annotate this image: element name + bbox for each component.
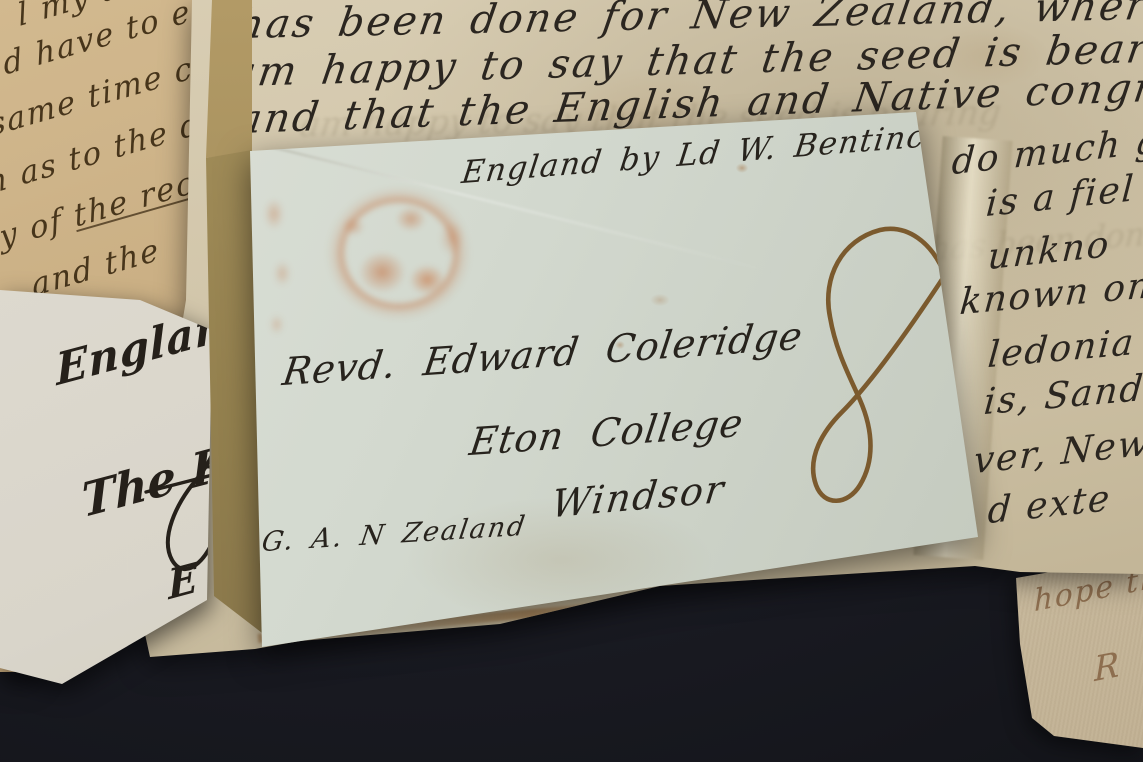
address-line: Eton College	[467, 401, 747, 465]
fragment-line: R	[1094, 645, 1120, 690]
letter-line-fragment: d exte	[987, 478, 1113, 532]
edge-stain	[258, 568, 980, 643]
fragment-shadow: hope th R	[0, 0, 1143, 762]
address-line: Revd. Edward Coleridge	[280, 313, 806, 394]
address-line: Windsor	[549, 467, 728, 527]
letter-line-fragment: ver, New	[973, 422, 1143, 482]
letter-line-fragment: do much g	[951, 120, 1143, 183]
letter-line-fragment: unkno	[987, 224, 1112, 278]
letter-line: ld have to enc	[0, 0, 233, 86]
show-through-text: am happy to say that the seed is bearing	[298, 93, 1004, 145]
letter-line: and the	[29, 231, 162, 304]
postmark-stamp	[292, 162, 497, 352]
letter-line: has been done for New Zealand, where	[234, 0, 1143, 48]
fragment-line: hope th	[1034, 559, 1143, 619]
letter-line: and that the English and Native congreg	[235, 63, 1143, 143]
postmark-smudge	[252, 180, 307, 350]
letter-fold-edge	[0, 0, 1143, 762]
letter-line: l my anto	[15, 0, 178, 34]
bottom-fragment: hope th R	[0, 0, 1143, 762]
show-through-text: has been done for New Zealand, where	[929, 185, 1143, 268]
left-envelope-line: E	[167, 554, 199, 610]
top-letter: am happy to say that the seed is bearing…	[0, 0, 1143, 762]
letter-line-fragment: ledonia	[986, 322, 1137, 376]
letter-line-fragment: is a fiel	[985, 168, 1137, 225]
left-envelope-shadow: England The Rev E	[0, 0, 1143, 762]
envelope-shadow: England by Ld W. Bentinck Revd. Edward C…	[0, 0, 1143, 762]
letter-line-fragment: is, Sand	[982, 368, 1143, 424]
left-letter-shadow: l my anto ld have to enc same time con h…	[0, 0, 1143, 762]
letter-line: am happy to say that the seed is bearing	[229, 24, 1143, 96]
letter-line-fragment: known on	[958, 265, 1143, 323]
photo-of-letters: l my anto ld have to enc same time con h…	[0, 0, 1143, 762]
left-letter: l my anto ld have to enc same time con h…	[0, 0, 1143, 762]
underline-stroke	[76, 194, 203, 232]
rate-mark-8: 8	[792, 212, 962, 528]
endorsement-line: England by Ld W. Bentinck	[460, 117, 949, 192]
letter-line: ty of the recep	[0, 153, 238, 260]
envelope-gum-edge	[0, 0, 1143, 762]
docket-line: G. A. N Zealand	[260, 511, 529, 559]
left-envelope: England The Rev E	[0, 0, 1143, 762]
page-fold-edge	[913, 136, 1012, 560]
envelope: England by Ld W. Bentinck Revd. Edward C…	[0, 0, 1143, 762]
letter-line: same time con	[0, 38, 237, 144]
crease-line	[249, 140, 774, 274]
top-letter-shadow: am happy to say that the seed is bearing…	[0, 0, 1143, 762]
